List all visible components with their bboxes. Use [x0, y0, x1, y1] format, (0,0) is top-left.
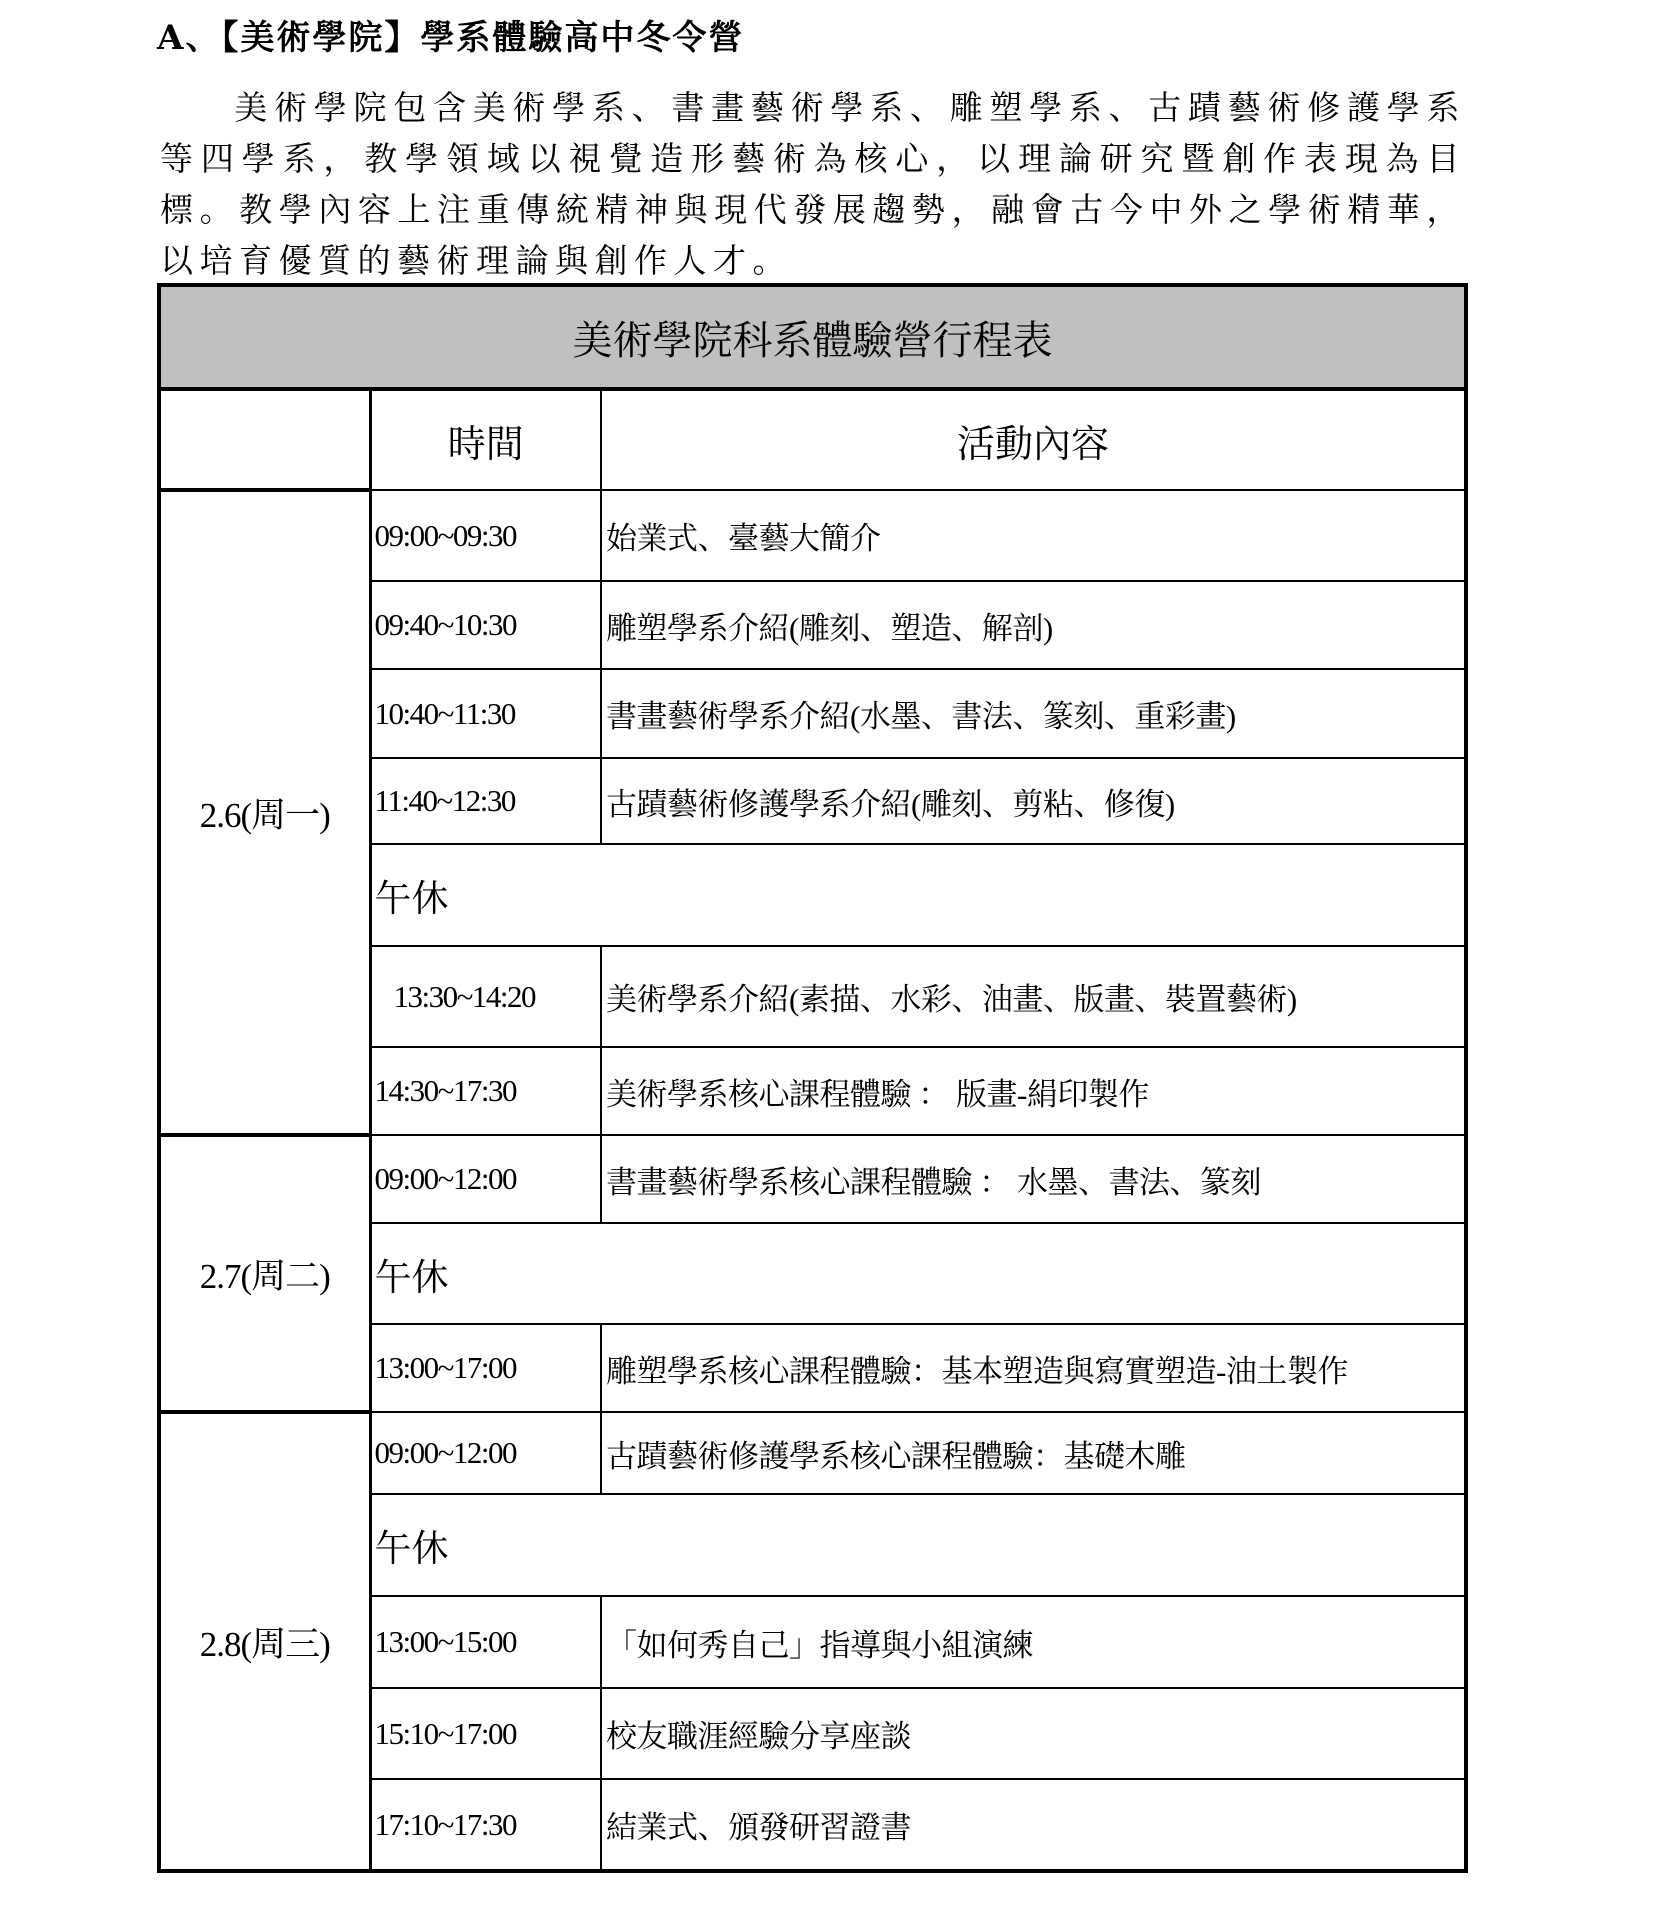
- activity-cell: 美術學系核心課程體驗 ： 版畫-絹印製作: [601, 1047, 1466, 1135]
- time-cell: 14:30~17:30: [370, 1047, 601, 1135]
- activity-cell: 雕塑學系核心課程體驗：基本塑造與寫實塑造-油土製作: [601, 1324, 1466, 1412]
- activity-cell: 古蹟藝術修護學系核心課程體驗：基礎木雕: [601, 1412, 1466, 1494]
- column-header-row: 時間 活動內容: [159, 389, 1466, 490]
- time-cell: 09:40~10:30: [370, 581, 601, 669]
- activity-cell: 書畫藝術學系核心課程體驗 ： 水墨、書法、篆刻: [601, 1135, 1466, 1223]
- time-cell: 13:30~14:20: [370, 946, 601, 1047]
- activity-cell: 始業式、臺藝大簡介: [601, 490, 1466, 581]
- activity-cell: 書畫藝術學系介紹(水墨、書法、篆刻、重彩畫): [601, 669, 1466, 758]
- time-cell: 13:00~15:00: [370, 1596, 601, 1688]
- time-cell: 13:00~17:00: [370, 1324, 601, 1412]
- activity-cell: 「如何秀自己」指導與小組演練: [601, 1596, 1466, 1688]
- header-time: 時間: [370, 389, 601, 490]
- time-cell: 09:00~12:00: [370, 1412, 601, 1494]
- lunch-break-cell: 午休: [370, 1223, 1466, 1324]
- header-date: [159, 389, 370, 490]
- time-cell: 17:10~17:30: [370, 1779, 601, 1871]
- date-cell-day2: 2.7(周二): [159, 1135, 370, 1412]
- time-cell: 09:00~09:30: [370, 490, 601, 581]
- date-cell-day1: 2.6(周一): [159, 490, 370, 1135]
- lunch-break-cell: 午休: [370, 844, 1466, 946]
- intro-paragraph: 美術學院包含美術學系、書畫藝術學系、雕塑學系、古蹟藝術修護學系等四學系，教學領域…: [160, 82, 1466, 286]
- activity-cell: 美術學系介紹(素描、水彩、油畫、版畫、裝置藝術): [601, 946, 1466, 1047]
- activity-cell: 古蹟藝術修護學系介紹(雕刻、剪粘、修復): [601, 758, 1466, 844]
- time-cell: 09:00~12:00: [370, 1135, 601, 1223]
- activity-cell: 雕塑學系介紹(雕刻、塑造、解剖): [601, 581, 1466, 669]
- time-cell: 10:40~11:30: [370, 669, 601, 758]
- time-cell: 15:10~17:00: [370, 1688, 601, 1779]
- intro-text: 美術學院包含美術學系、書畫藝術學系、雕塑學系、古蹟藝術修護學系等四學系，教學領域…: [160, 88, 1466, 280]
- schedule-table: 美術學院科系體驗營行程表 時間 活動內容 2.6(周一) 09:00~09:30…: [157, 283, 1468, 1873]
- table-row: 2.7(周二) 09:00~12:00 書畫藝術學系核心課程體驗 ： 水墨、書法…: [159, 1135, 1466, 1223]
- schedule-title: 美術學院科系體驗營行程表: [159, 285, 1466, 389]
- section-heading: A、【美術學院】學系體驗高中冬令營: [157, 10, 744, 59]
- schedule-title-row: 美術學院科系體驗營行程表: [159, 285, 1466, 389]
- table-row: 2.6(周一) 09:00~09:30 始業式、臺藝大簡介: [159, 490, 1466, 581]
- table-row: 2.8(周三) 09:00~12:00 古蹟藝術修護學系核心課程體驗：基礎木雕: [159, 1412, 1466, 1494]
- activity-cell: 校友職涯經驗分享座談: [601, 1688, 1466, 1779]
- activity-cell: 結業式、頒發研習證書: [601, 1779, 1466, 1871]
- lunch-break-cell: 午休: [370, 1494, 1466, 1596]
- date-cell-day3: 2.8(周三): [159, 1412, 370, 1871]
- header-activity: 活動內容: [601, 389, 1466, 490]
- time-cell: 11:40~12:30: [370, 758, 601, 844]
